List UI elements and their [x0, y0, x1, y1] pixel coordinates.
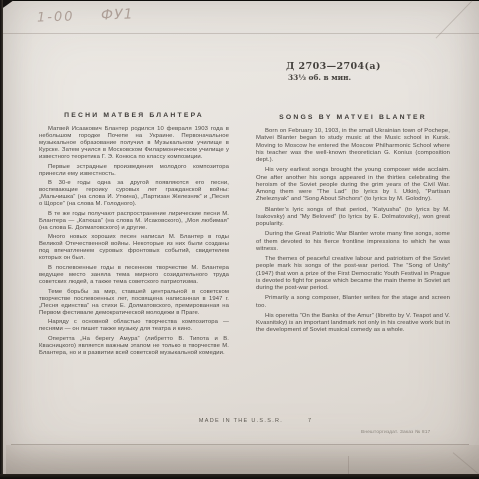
flap-crease-line: [3, 33, 479, 34]
liner-notes-paragraph: The themes of peaceful creative labour a…: [256, 256, 450, 292]
bottom-fold-shading: [6, 445, 479, 475]
footer-mark: 7: [308, 418, 311, 424]
catalog-number: Д 2703—2704(а): [286, 61, 381, 72]
sleeve-paper: 1-00 ФУ1 Д 2703—2704(а) 33⅓ об. в мин. П…: [3, 1, 479, 474]
record-speed-label: 33⅓ об. в мин.: [286, 73, 381, 82]
english-liner-notes-column: SONGS BY MATVEI BLANTER Born on February…: [256, 114, 450, 338]
made-in-ussr-label: MADE IN THE U.S.S.R.: [3, 418, 479, 424]
liner-notes-paragraph: В послевоенные годы в песенном творчеств…: [39, 265, 229, 286]
printer-imprint: Внешторгиздат. Заказ № 817: [361, 429, 431, 434]
liner-notes-paragraph: During the Great Patriotic War Blanter w…: [256, 231, 450, 253]
pencil-price-mark: 1-00: [37, 9, 75, 25]
russian-column-heading: ПЕСНИ МАТВЕЯ БЛАНТЕРА: [39, 112, 229, 119]
record-sleeve-back-photo: 1-00 ФУ1 Д 2703—2704(а) 33⅓ об. в мин. П…: [0, 0, 479, 479]
catalog-block: Д 2703—2704(а) 33⅓ об. в мин.: [286, 61, 381, 82]
left-edge-shadow: [0, 0, 3, 479]
liner-notes-paragraph: Наряду с основной областью творчества ко…: [39, 319, 229, 333]
russian-liner-notes-column: ПЕСНИ МАТВЕЯ БЛАНТЕРА Матвей Исаакович Б…: [39, 112, 229, 359]
liner-notes-paragraph: His operetta “On the Banks of the Amur” …: [256, 313, 450, 335]
liner-notes-paragraph: Теме борьбы за мир, ставшей центральной …: [39, 289, 229, 317]
liner-notes-paragraph: Много новых хороших песен написал М. Бла…: [39, 234, 229, 262]
bottom-vertical-crease-line: [348, 456, 349, 475]
pencil-code-mark: ФУ1: [101, 6, 134, 23]
liner-notes-paragraph: Blanter’s lyric songs of that period, “K…: [256, 207, 450, 229]
english-column-heading: SONGS BY MATVEI BLANTER: [256, 114, 450, 121]
liner-notes-paragraph: Born on February 10, 1903, in the small …: [256, 128, 450, 164]
liner-notes-paragraph: His very earliest songs brought the youn…: [256, 167, 450, 203]
liner-notes-paragraph: Первые эстрадные произведения молодого к…: [39, 164, 229, 178]
liner-notes-paragraph: Оперетта „На берегу Амура“ (либретто В. …: [39, 336, 229, 357]
liner-notes-paragraph: В те же годы получают распространение ли…: [39, 211, 229, 232]
bottom-edge-shadow: [0, 474, 479, 479]
liner-notes-paragraph: Матвей Исаакович Блантер родился 10 февр…: [39, 126, 229, 161]
liner-notes-paragraph: Primarily a song composer, Blanter write…: [256, 295, 450, 310]
liner-notes-paragraph: В 30-е годы одна за другой появляются ег…: [39, 180, 229, 208]
